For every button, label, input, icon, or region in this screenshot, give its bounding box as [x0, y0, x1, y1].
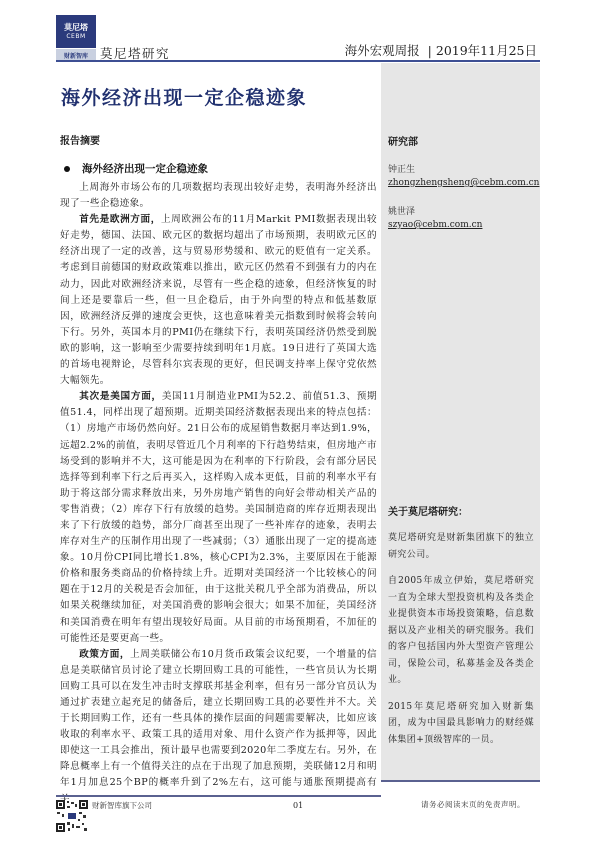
- bullet-icon: [64, 166, 70, 172]
- paragraph-us: 其次是美国方面，美国11月制造业PMI为52.2、前值51.3、预期值51.4，…: [60, 389, 377, 647]
- analyst-name: 钟正生: [388, 162, 534, 175]
- paragraph-lead: 其次是美国方面，: [79, 391, 162, 402]
- analyst-panel: 研究部 钟正生 zhongzhengsheng@cebm.com.cn 姚世泽 …: [388, 133, 534, 246]
- report-summary: 报告摘要 海外经济出现一定企稳迹象 上周海外市场公布的几项数据均表现出较好走势，…: [60, 132, 377, 808]
- logo-mark: 莫尼塔 CEBM: [56, 15, 96, 48]
- footer-disclaimer: 请务必阅读末页的免责声明。: [421, 799, 525, 810]
- footer-company: 财新智库旗下公司: [92, 800, 152, 811]
- department-heading: 研究部: [388, 133, 534, 148]
- about-section: 关于莫尼塔研究： 莫尼塔研究是财新集团旗下的独立研究公司。 自2005年成立伊始…: [388, 503, 534, 758]
- report-type: 海外宏观周报: [345, 43, 420, 58]
- report-date: 2019年11月25日: [436, 43, 537, 58]
- analyst-email-link[interactable]: zhongzhengsheng@cebm.com.cn: [388, 178, 534, 188]
- paragraph-text: 上周美联储公布10月货币政策会议纪要，一个增量的信息是美联储官员讨论了建立长期回…: [60, 649, 377, 805]
- bullet-heading-text: 海外经济出现一定企稳迹象: [82, 161, 208, 176]
- paragraph-europe: 首先是欧洲方面，上周欧洲公布的11月Markit PMI数据表现出较好走势，德国…: [60, 212, 377, 389]
- qr-code-icon: [56, 800, 88, 832]
- about-heading: 关于莫尼塔研究：: [388, 503, 534, 518]
- section-label: 报告摘要: [60, 132, 377, 147]
- paragraph-policy: 政策方面，上周美联储公布10月货币政策会议纪要，一个增量的信息是美联储官员讨论了…: [60, 647, 377, 808]
- about-paragraph: 莫尼塔研究是财新集团旗下的独立研究公司。: [388, 530, 534, 563]
- analyst-email-link[interactable]: szyao@cebm.com.cn: [388, 220, 534, 230]
- logo-en-text: CEBM: [66, 33, 85, 41]
- paragraph-lead: 政策方面，: [79, 649, 130, 660]
- footer-divider: [56, 795, 381, 797]
- logo-cn-text: 莫尼塔: [64, 23, 88, 33]
- about-paragraph: 2015年莫尼塔研究加入财新集团，成为中国最具影响力的财经媒体集团+顶级智库的一…: [388, 699, 534, 749]
- page-title: 海外经济出现一定企稳迹象: [61, 83, 307, 110]
- paragraph-text: 美国11月制造业PMI为52.2、前值51.3、预期值51.4，同样出现了超预期…: [60, 391, 377, 643]
- paragraph-text: 上周欧洲公布的11月Markit PMI数据表现出较好走势，德国、法国、欧元区的…: [60, 214, 377, 386]
- header-separator: |: [428, 43, 432, 58]
- paragraph-text: 上周海外市场公布的几项数据均表现出较好走势，表明海外经济出现了一些企稳迹象。: [60, 182, 377, 209]
- bullet-heading: 海外经济出现一定企稳迹象: [60, 161, 377, 176]
- page-number: 01: [293, 801, 303, 810]
- header-report-info: 海外宏观周报 |2019年11月25日: [345, 41, 537, 59]
- sidebar-footer-divider: [381, 780, 540, 782]
- analyst-name: 姚世泽: [388, 204, 534, 217]
- paragraph-lead: 首先是欧洲方面，: [79, 214, 161, 225]
- paragraph-intro: 上周海外市场公布的几项数据均表现出较好走势，表明海外经济出现了一些企稳迹象。: [60, 180, 377, 212]
- cebm-logo: 莫尼塔 CEBM 财新智库: [56, 15, 96, 62]
- about-paragraph: 自2005年成立伊始，莫尼塔研究一直为全球大型投资机构及各类企业提供资本市场投资…: [388, 573, 534, 689]
- header-divider: [56, 60, 540, 62]
